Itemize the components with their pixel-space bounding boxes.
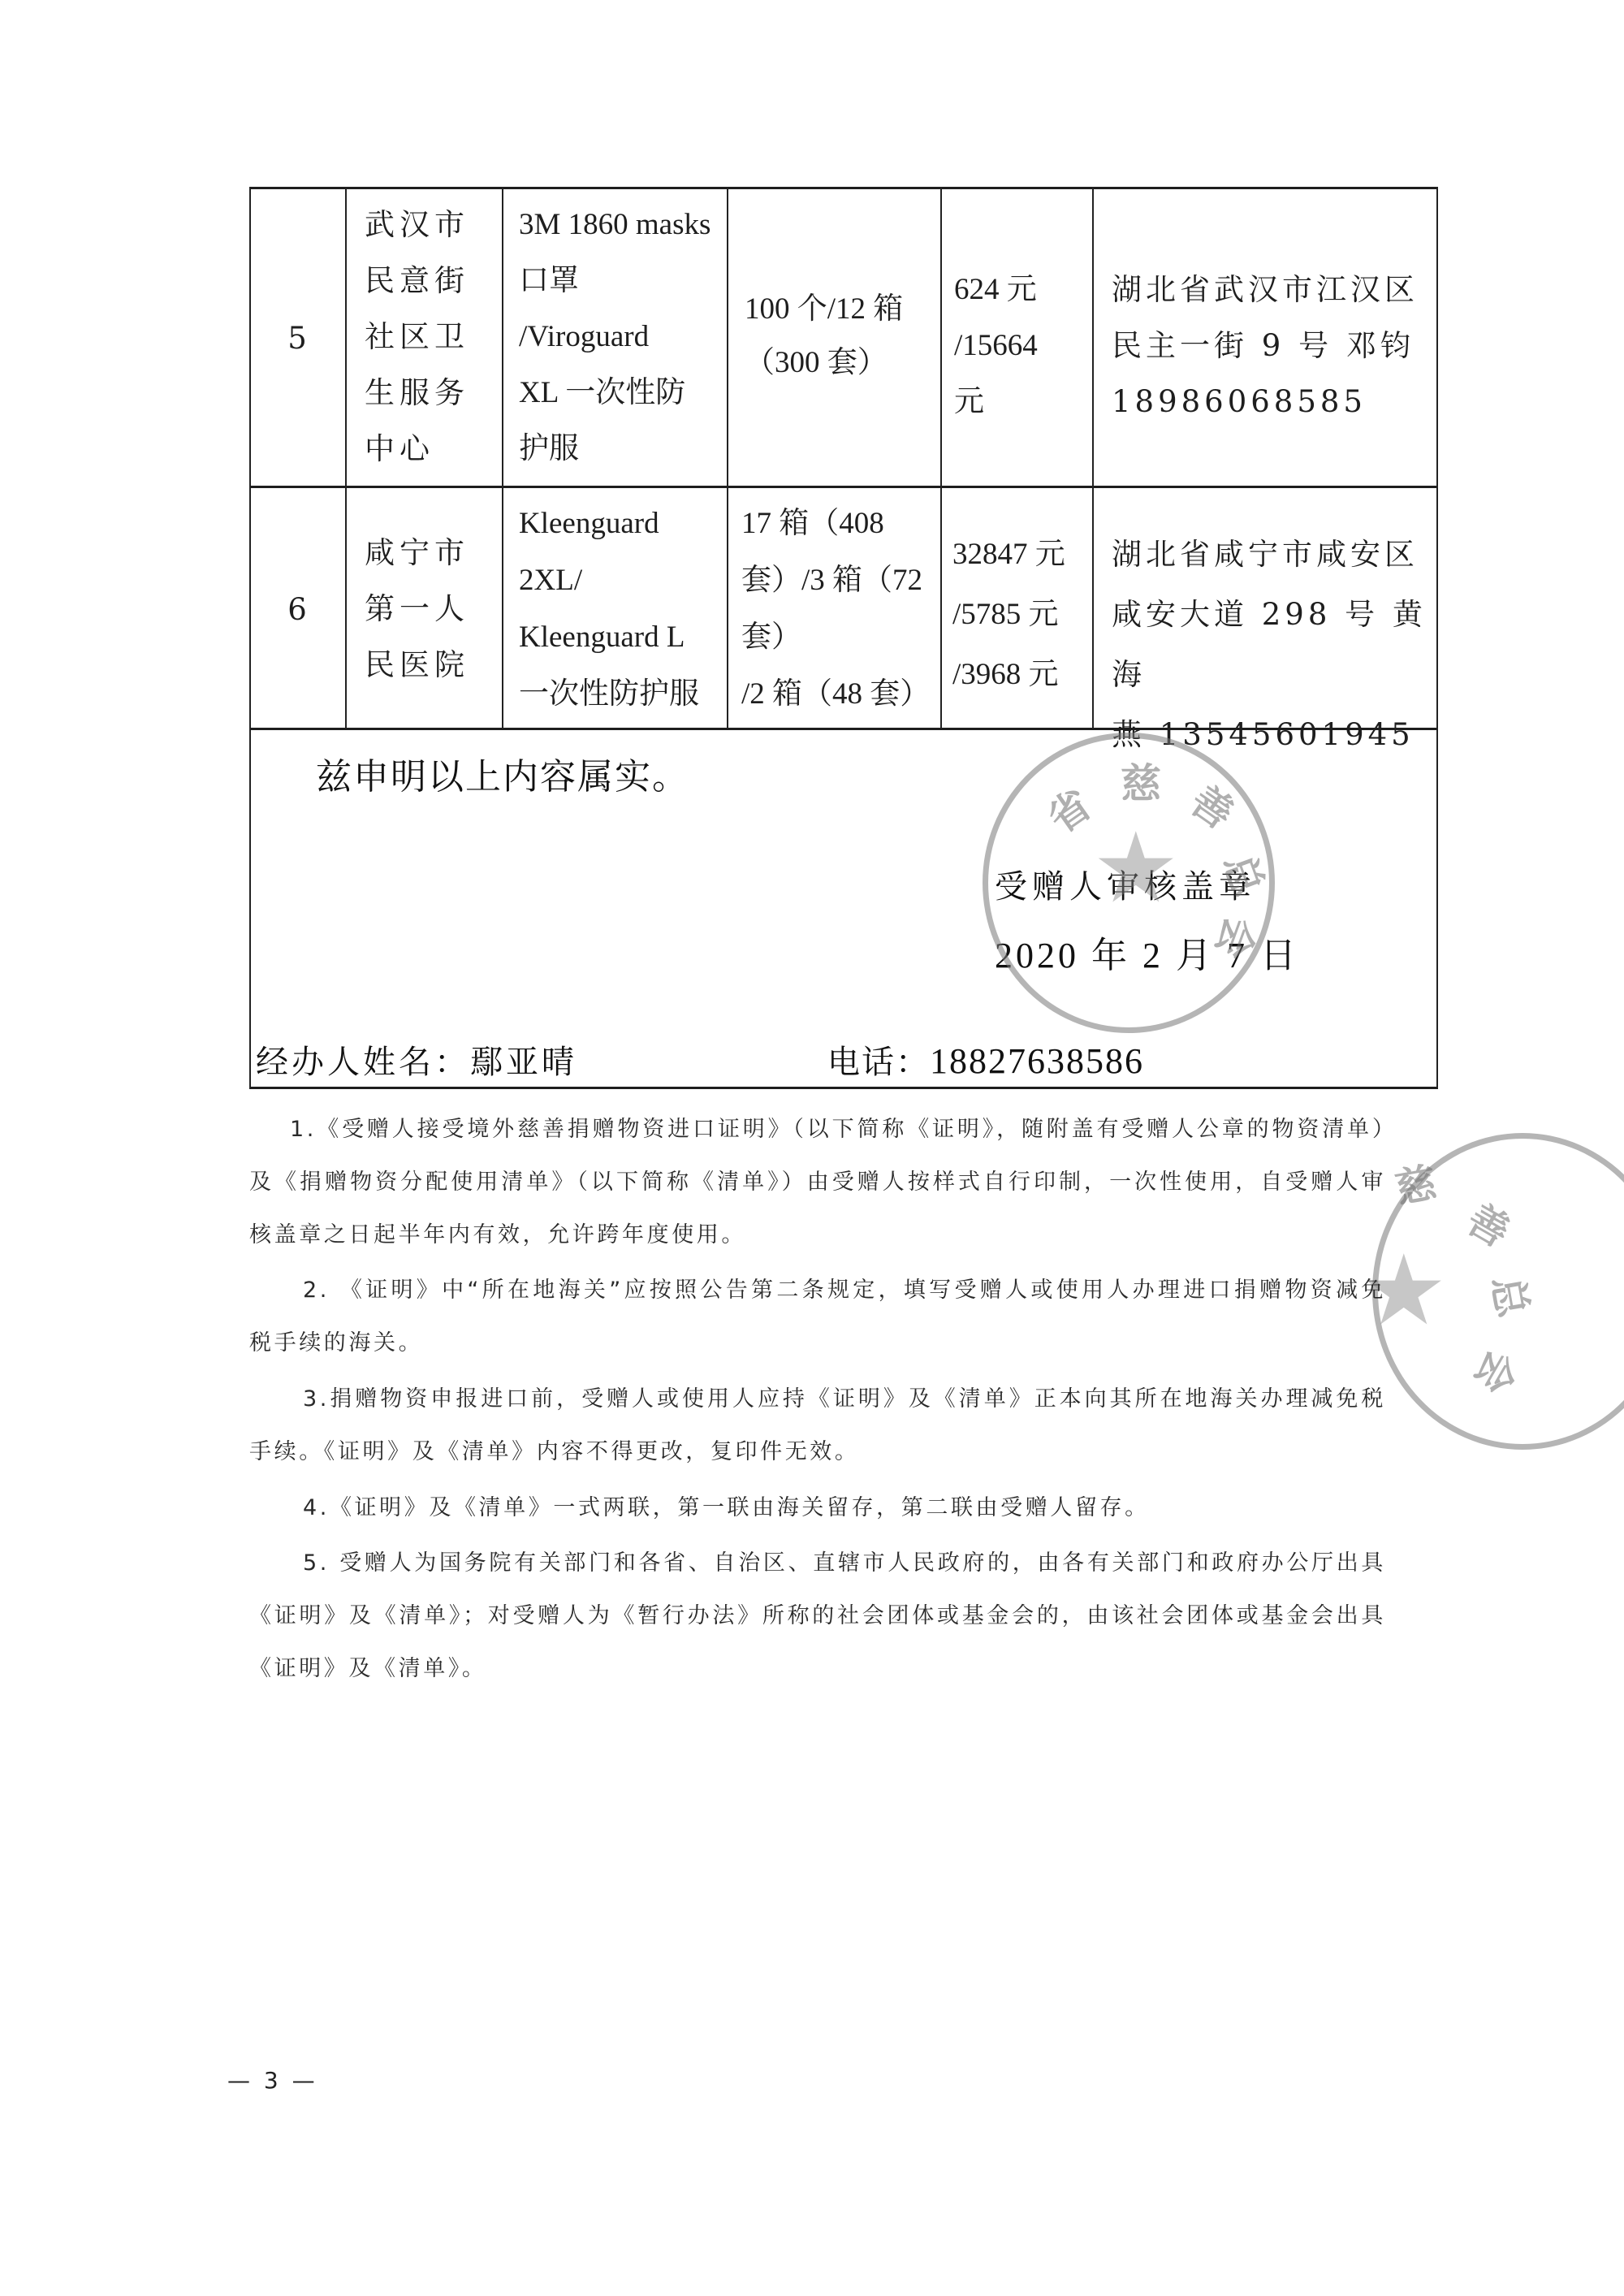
column-divider	[345, 187, 347, 729]
quantity-cell: 100 个/12 箱 （300 套）	[745, 283, 939, 390]
recipient-cell: 咸宁市 第一人 民医院	[365, 525, 469, 693]
table-border-top	[249, 187, 1438, 189]
column-divider	[940, 187, 942, 729]
recipient-cell: 武汉市 民意街 社区卫 生服务 中心	[365, 197, 469, 477]
value-cell: 624 元 /15664 元	[954, 262, 1092, 430]
row-divider	[249, 486, 1438, 488]
row-index: 6	[249, 582, 345, 638]
phone-label: 电话：	[827, 1044, 930, 1081]
star-icon: ★	[1092, 812, 1180, 925]
goods-cell: Kleenguard 2XL/ Kleenguard L 一次性防护服	[519, 495, 730, 723]
footnote-3: 3.捐赠物资申报进口前，受赠人或使用人应持《证明》及《清单》正本向其所在地海关办…	[249, 1373, 1386, 1478]
column-divider	[502, 187, 503, 729]
address-cell: 湖北省武汉市江汉区 民主一街 9 号 邓钧 18986068585	[1112, 262, 1436, 430]
table-border-bottom	[249, 1087, 1438, 1089]
address-cell: 湖北省咸宁市咸安区 咸安大道 298 号 黄海 燕 13545601945	[1112, 525, 1436, 765]
goods-cell: 3M 1860 masks 口罩 /Viroguard XL 一次性防 护服	[519, 197, 730, 477]
footnote-4: 4.《证明》及《清单》一式两联，第一联由海关留存，第二联由受赠人留存。	[249, 1481, 1386, 1534]
quantity-cell: 17 箱（408 套）/3 箱（72 套） /2 箱（48 套）	[741, 495, 940, 723]
footnote-1: 1.《受赠人接受境外慈善捐赠物资进口证明》（以下简称《证明》，随附盖有受赠人公章…	[249, 1103, 1386, 1261]
footnote-5: 5. 受赠人为国务院有关部门和各省、自治区、直辖市人民政府的，由各有关部门和政府…	[249, 1537, 1386, 1695]
page-number: — 3 —	[227, 2067, 318, 2094]
table-border-right	[1436, 187, 1438, 1088]
handler-label: 经办人姓名：	[256, 1044, 470, 1081]
document-page: 5 武汉市 民意街 社区卫 生服务 中心 3M 1860 masks 口罩 /V…	[0, 0, 1624, 2296]
declaration-text: 兹申明以上内容属实。	[316, 747, 689, 799]
value-cell: 32847 元 /5785 元 /3968 元	[952, 525, 1099, 705]
phone-field: 电话：18827638586	[827, 1036, 1144, 1083]
seal-char: 慈	[1121, 751, 1161, 810]
handler-name: 鄢亚晴	[470, 1044, 577, 1081]
footnote-2: 2. 《证明》中“所在地海关”应按照公告第二条规定，填写受赠人或使用人办理进口捐…	[249, 1264, 1386, 1369]
handler-field: 经办人姓名：鄢亚晴	[256, 1036, 577, 1083]
row-index: 5	[249, 310, 345, 366]
phone-number: 18827638586	[930, 1041, 1144, 1081]
